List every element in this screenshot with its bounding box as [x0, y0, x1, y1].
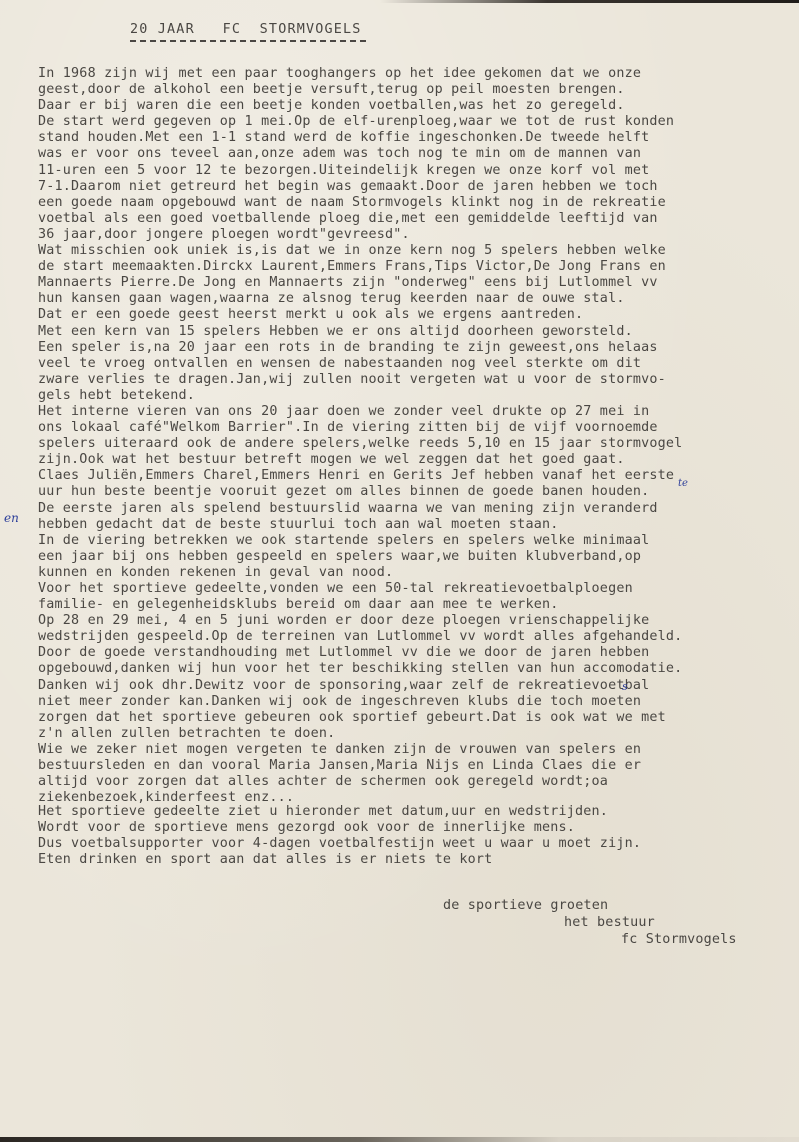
handwritten-insert-note: te: [678, 478, 688, 489]
text-line: Wie we zeker niet mogen vergeten te dank…: [38, 742, 682, 758]
signature-club: fc Stormvogels: [621, 932, 737, 947]
text-line: kunnen en konden rekenen in geval van no…: [38, 565, 682, 581]
text-line: De start werd gegeven op 1 mei.Op de elf…: [38, 114, 682, 130]
handwritten-margin-note: en: [4, 511, 19, 525]
text-line: niet meer zonder kan.Danken wij ook de i…: [38, 694, 682, 710]
text-line: Het interne vieren van ons 20 jaar doen …: [38, 404, 682, 420]
text-line: De eerste jaren als spelend bestuurslid …: [38, 501, 682, 517]
document-title: 20 JAAR FC STORMVOGELS: [130, 22, 362, 37]
text-line: Dus voetbalsupporter voor 4-dagen voetba…: [38, 836, 641, 852]
text-line: Eten drinken en sport aan dat alles is e…: [38, 852, 641, 868]
text-line: z'n allen zullen betrachten te doen.: [38, 726, 682, 742]
text-line: In de viering betrekken we ook startende…: [38, 533, 682, 549]
text-line: 36 jaar,door jongere ploegen wordt"gevre…: [38, 227, 682, 243]
text-line: ons lokaal café"Welkom Barrier".In de vi…: [38, 420, 682, 436]
scanned-letter-page: 20 JAAR FC STORMVOGELS In 1968 zijn wij …: [0, 0, 799, 1142]
scan-top-edge-shadow: [380, 0, 799, 3]
text-line: Voor het sportieve gedeelte,vonden we ee…: [38, 581, 682, 597]
text-line: familie- en gelegenheidsklubs bereid om …: [38, 597, 682, 613]
scan-bottom-edge-shadow: [0, 1137, 799, 1142]
text-line: In 1968 zijn wij met een paar tooghanger…: [38, 66, 682, 82]
letter-closing-paragraph: Het sportieve gedeelte ziet u hieronder …: [38, 804, 641, 868]
signature-greeting: de sportieve groeten: [443, 898, 608, 913]
text-line: hebben gedacht dat de beste stuurlui toc…: [38, 517, 682, 533]
text-line: hun kansen gaan wagen,waarna ze alsnog t…: [38, 291, 682, 307]
text-line: 7-1.Daarom niet getreurd het begin was g…: [38, 179, 682, 195]
text-line: gels hebt betekend.: [38, 388, 682, 404]
text-line: voetbal als een goed voetballende ploeg …: [38, 211, 682, 227]
text-line: Wordt voor de sportieve mens gezorgd ook…: [38, 820, 641, 836]
text-line: Op 28 en 29 mei, 4 en 5 juni worden er d…: [38, 613, 682, 629]
text-line: de start meemaakten.Dirckx Laurent,Emmer…: [38, 259, 682, 275]
text-line: 11-uren een 5 voor 12 te bezorgen.Uitein…: [38, 163, 682, 179]
text-line: spelers uiteraard ook de andere spelers,…: [38, 436, 682, 452]
text-line: altijd voor zorgen dat alles achter de s…: [38, 774, 682, 790]
signature-board: het bestuur: [564, 915, 655, 930]
text-line: Het sportieve gedeelte ziet u hieronder …: [38, 804, 641, 820]
text-line: veel te vroeg ontvallen en wensen de nab…: [38, 356, 682, 372]
text-line: was er voor ons teveel aan,onze adem was…: [38, 146, 682, 162]
title-dashed-underline: [130, 40, 366, 42]
text-line: Wat misschien ook uniek is,is dat we in …: [38, 243, 682, 259]
text-line: Door de goede verstandhouding met Lutlom…: [38, 645, 682, 661]
text-line: opgebouwd,danken wij hun voor het ter be…: [38, 661, 682, 677]
handwritten-correction-note: s: [622, 680, 628, 693]
text-line: Daar er bij waren die een beetje konden …: [38, 98, 682, 114]
text-line: wedstrijden gespeeld.Op de terreinen van…: [38, 629, 682, 645]
text-line: zorgen dat het sportieve gebeuren ook sp…: [38, 710, 682, 726]
text-line: uur hun beste beentje vooruit gezet om a…: [38, 484, 682, 500]
text-line: een goede naam opgebouwd want de naam St…: [38, 195, 682, 211]
text-line: een jaar bij ons hebben gespeeld en spel…: [38, 549, 682, 565]
letter-body: In 1968 zijn wij met een paar tooghanger…: [38, 66, 682, 806]
text-line: Met een kern van 15 spelers Hebben we er…: [38, 324, 682, 340]
text-line: Danken wij ook dhr.Dewitz voor de sponso…: [38, 678, 682, 694]
text-line: zijn.Ook wat het bestuur betreft mogen w…: [38, 452, 682, 468]
text-line: stand houden.Met een 1-1 stand werd de k…: [38, 130, 682, 146]
text-line: bestuursleden en dan vooral Maria Jansen…: [38, 758, 682, 774]
text-line: Dat er een goede geest heerst merkt u oo…: [38, 307, 682, 323]
text-line: Claes Juliën,Emmers Charel,Emmers Henri …: [38, 468, 682, 484]
text-line: geest,door de alkohol een beetje versuft…: [38, 82, 682, 98]
text-line: Een speler is,na 20 jaar een rots in de …: [38, 340, 682, 356]
text-line: Mannaerts Pierre.De Jong en Mannaerts zi…: [38, 275, 682, 291]
text-line: zware verlies te dragen.Jan,wij zullen n…: [38, 372, 682, 388]
